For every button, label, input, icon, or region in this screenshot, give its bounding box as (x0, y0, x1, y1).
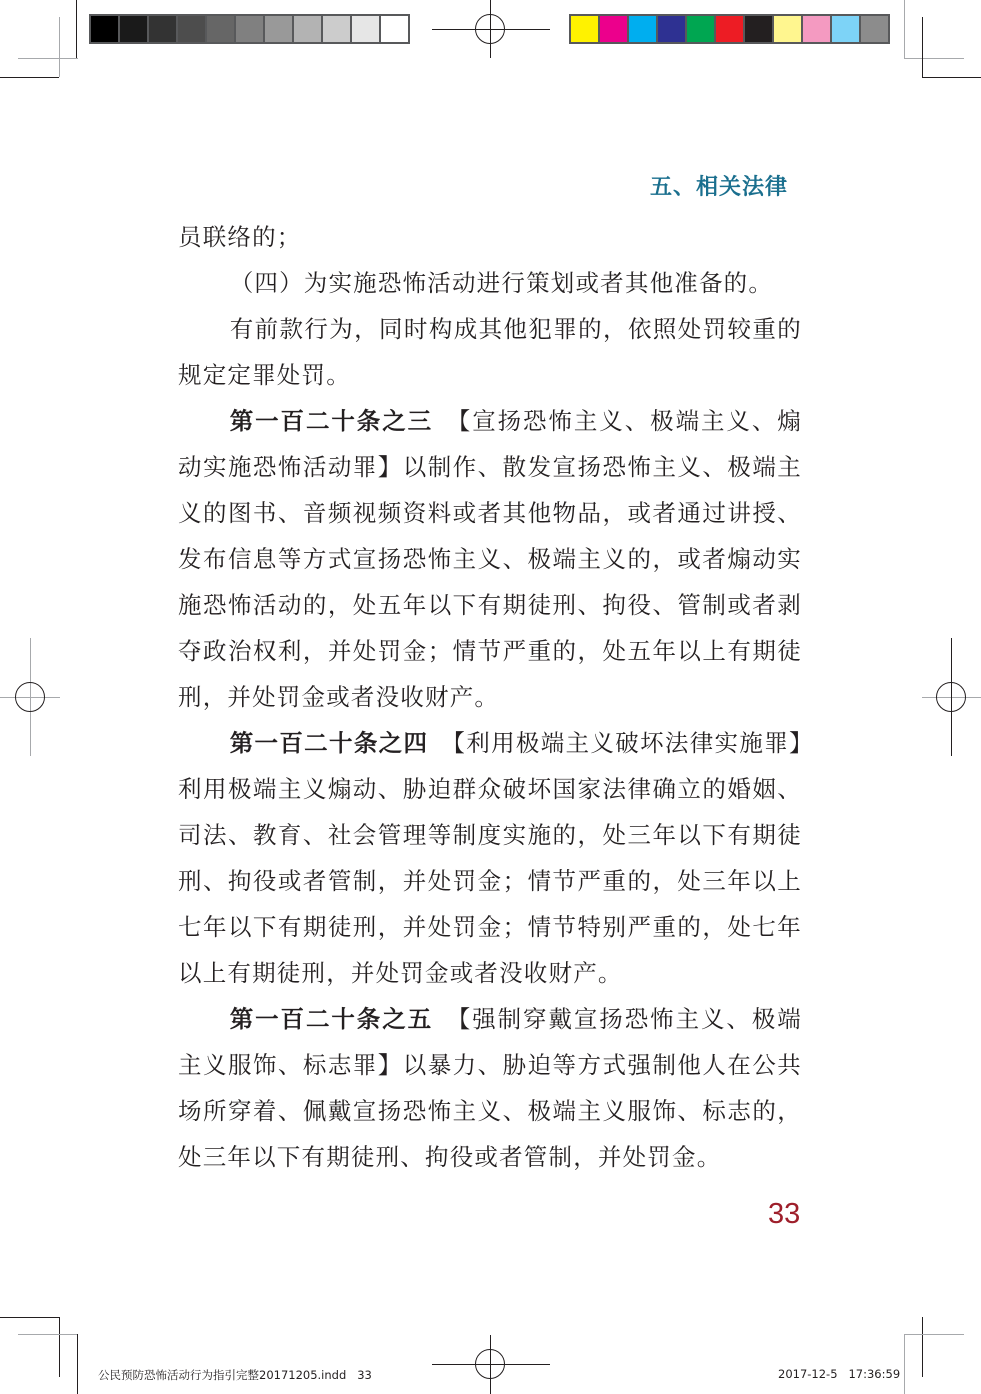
grayscale-calibration-bar (89, 14, 410, 44)
crop-mark (904, 1334, 905, 1394)
crop-mark (77, 1334, 78, 1394)
crop-mark (0, 1317, 59, 1318)
crop-mark (0, 77, 59, 78)
slug-timestamp: 2017-12-5 17:36:59 (778, 1367, 900, 1381)
crop-mark (59, 1317, 60, 1377)
crop-mark (18, 58, 78, 59)
color-swatch (716, 16, 743, 42)
registration-mark-circle (475, 1349, 505, 1379)
paragraph-text: 员联络的； (178, 223, 302, 251)
color-swatch (571, 16, 598, 42)
color-swatch (91, 16, 118, 42)
document-body: 员联络的；（四）为实施恐怖活动进行策划或者其他准备的。有前款行为，同时构成其他犯… (178, 214, 802, 1180)
crop-mark (904, 58, 964, 59)
registration-mark-circle (936, 682, 966, 712)
color-swatch (658, 16, 685, 42)
color-swatch (774, 16, 801, 42)
paragraph-text: （四）为实施恐怖活动进行策划或者其他准备的。 (230, 269, 773, 297)
crop-mark (922, 77, 981, 78)
law-article-paragraph: 第一百二十条之四 【利用极端主义破坏法律实施罪】利用极端主义煽动、胁迫群众破坏国… (178, 720, 802, 996)
crop-mark (59, 17, 60, 77)
registration-mark-circle (475, 14, 505, 44)
color-swatch (120, 16, 147, 42)
crop-mark (76, 0, 77, 59)
color-calibration-bar (569, 14, 890, 44)
color-swatch (294, 16, 321, 42)
color-swatch (149, 16, 176, 42)
paragraph: （四）为实施恐怖活动进行策划或者其他准备的。 (178, 260, 802, 306)
color-swatch (265, 16, 292, 42)
law-article-paragraph: 第一百二十条之三 【宣扬恐怖主义、极端主义、煽动实施恐怖活动罪】以制作、散发宣扬… (178, 398, 802, 720)
page-number: 33 (768, 1198, 800, 1231)
color-swatch (745, 16, 772, 42)
color-swatch (381, 16, 408, 42)
color-swatch (352, 16, 379, 42)
crop-mark (18, 1334, 78, 1335)
color-swatch (207, 16, 234, 42)
section-title: 五、相关法律 (650, 170, 788, 201)
registration-mark-circle (15, 682, 45, 712)
paragraph-text: 【宣扬恐怖主义、极端主义、煽动实施恐怖活动罪】以制作、散发宣扬恐怖主义、极端主义… (178, 407, 802, 711)
paragraph-text: 有前款行为，同时构成其他犯罪的，依照处罚较重的规定定罪处罚。 (178, 315, 802, 389)
article-number: 第一百二十条之五 (230, 1005, 459, 1033)
color-swatch (236, 16, 263, 42)
paragraph: 员联络的； (178, 214, 802, 260)
color-swatch (178, 16, 205, 42)
crop-mark (904, 0, 905, 59)
crop-mark (922, 17, 923, 77)
color-swatch (832, 16, 859, 42)
article-number: 第一百二十条之四 (230, 729, 453, 757)
color-swatch (629, 16, 656, 42)
color-swatch (861, 16, 888, 42)
paragraph: 有前款行为，同时构成其他犯罪的，依照处罚较重的规定定罪处罚。 (178, 306, 802, 398)
paragraph-text: 【利用极端主义破坏法律实施罪】利用极端主义煽动、胁迫群众破坏国家法律确立的婚姻、… (178, 729, 802, 987)
color-swatch (687, 16, 714, 42)
color-swatch (803, 16, 830, 42)
crop-mark (904, 1334, 964, 1335)
law-article-paragraph: 第一百二十条之五 【强制穿戴宣扬恐怖主义、极端主义服饰、标志罪】以暴力、胁迫等方… (178, 996, 802, 1180)
color-swatch (323, 16, 350, 42)
crop-mark (922, 1317, 923, 1377)
color-swatch (600, 16, 627, 42)
slug-filename: 公民预防恐怖活动行为指引完整20171205.indd 33 (98, 1367, 372, 1383)
article-number: 第一百二十条之三 (230, 407, 459, 435)
